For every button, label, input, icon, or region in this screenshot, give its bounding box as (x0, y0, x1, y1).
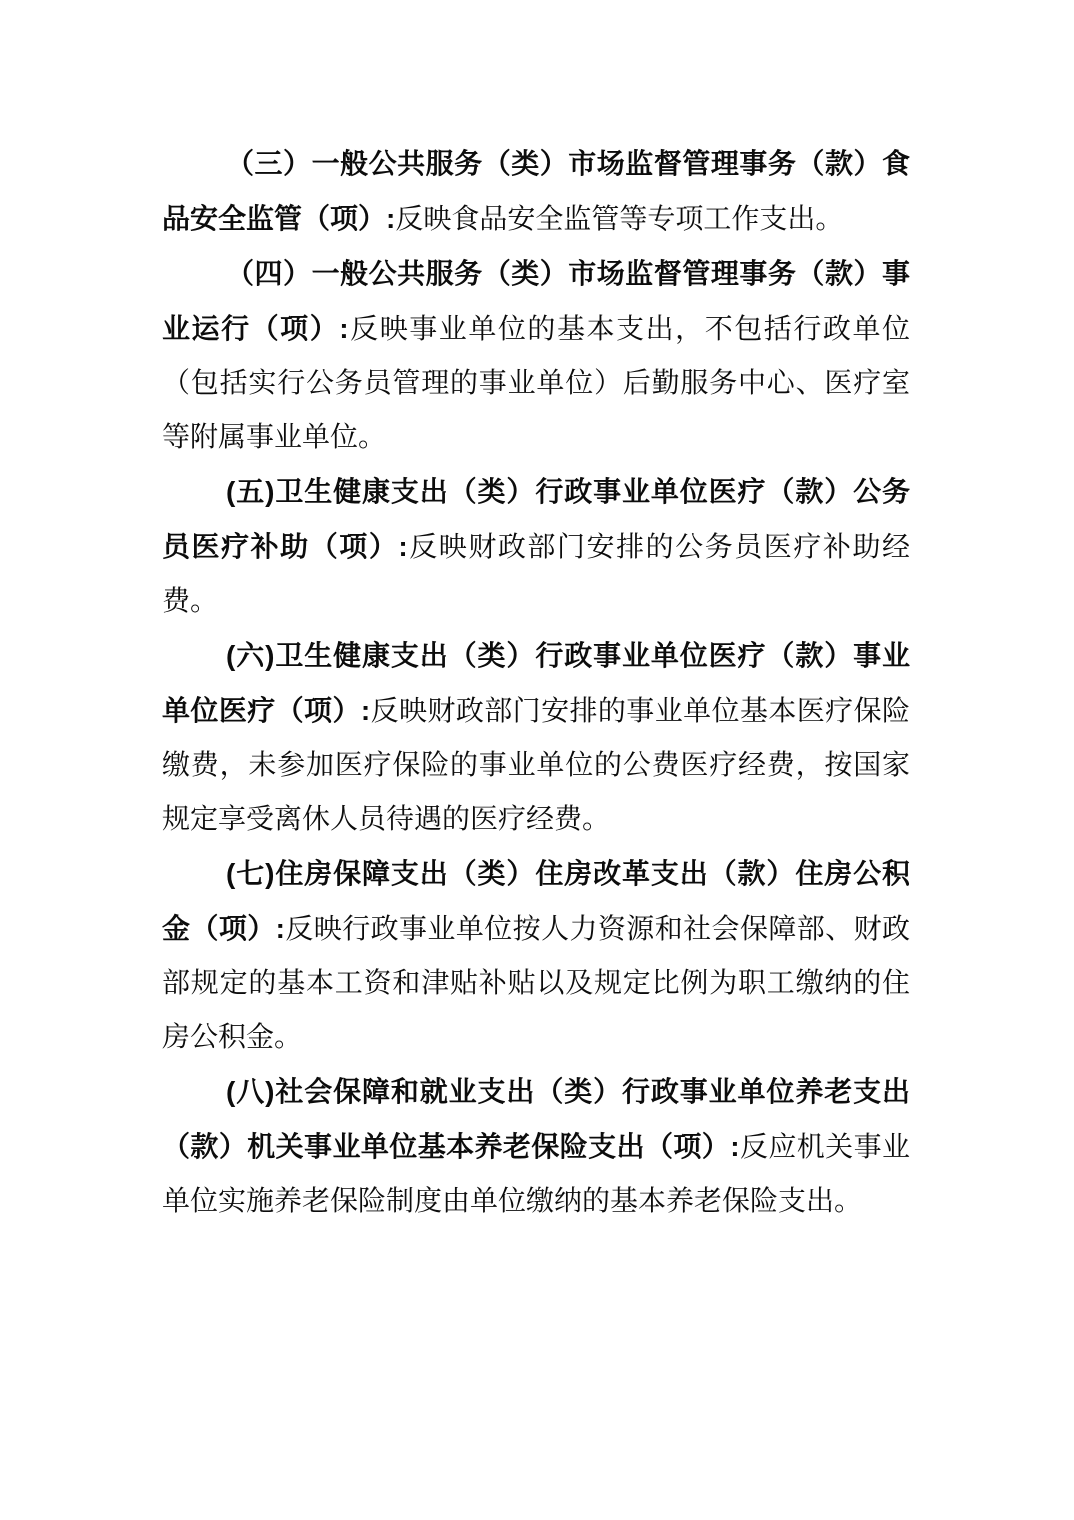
paragraph-6: (六)卫生健康支出（类）行政事业单位医疗（款）事业单位医疗（项）:反映财政部门安… (162, 629, 910, 847)
document-page: （三）一般公共服务（类）市场监督管理事务（款）食品安全监管（项）:反映食品安全监… (0, 0, 1074, 1520)
text-content: （三）一般公共服务（类）市场监督管理事务（款）食品安全监管（项）:反映食品安全监… (162, 137, 910, 1229)
paragraph-7: (七)住房保障支出（类）住房改革支出（款）住房公积金（项）:反映行政事业单位按人… (162, 847, 910, 1065)
paragraph-5: (五)卫生健康支出（类）行政事业单位医疗（款）公务员医疗补助（项）:反映财政部门… (162, 465, 910, 629)
paragraph-4: （四）一般公共服务（类）市场监督管理事务（款）事业运行（项）:反映事业单位的基本… (162, 247, 910, 465)
paragraph-body: 反映食品安全监管等专项工作支出。 (395, 204, 843, 235)
paragraph-8: (八)社会保障和就业支出（类）行政事业单位养老支出（款）机关事业单位基本养老保险… (162, 1065, 910, 1229)
paragraph-3: （三）一般公共服务（类）市场监督管理事务（款）食品安全监管（项）:反映食品安全监… (162, 137, 910, 247)
